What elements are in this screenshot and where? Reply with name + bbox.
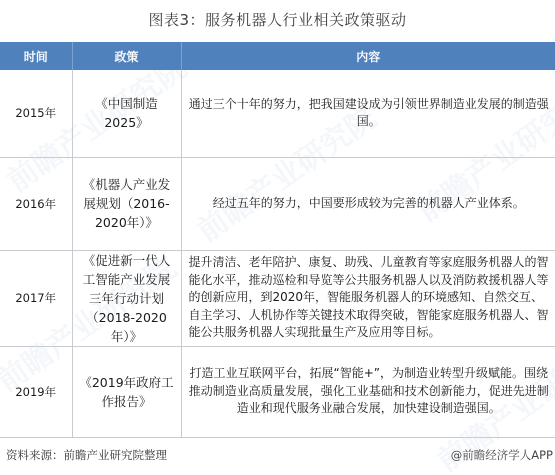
policy-table: 时间 政策 内容 2015年 《中国制造2025》 通过三个十年的努力，把我国建… bbox=[0, 42, 555, 438]
content-cell: 打造工业互联网平台，拓展“智能+”，为制造业转型升级赋能。围绕推动制造业高质量发… bbox=[181, 346, 555, 437]
policy-cell: 《促进新一代人工智能产业发展三年行动计划（2018-2020年）》 bbox=[72, 250, 181, 346]
table-row: 2017年 《促进新一代人工智能产业发展三年行动计划（2018-2020年）》 … bbox=[0, 250, 555, 346]
table-row: 2015年 《中国制造2025》 通过三个十年的努力，把我国建设成为引领世界制造… bbox=[0, 70, 555, 157]
year-cell: 2019年 bbox=[0, 346, 72, 437]
table-row: 2016年 《机器人产业发展规划（2016-2020年）》 经过五年的努力，中国… bbox=[0, 157, 555, 250]
year-cell: 2017年 bbox=[0, 250, 72, 346]
column-header-time: 时间 bbox=[0, 42, 72, 70]
policy-cell: 《机器人产业发展规划（2016-2020年）》 bbox=[72, 157, 181, 250]
policy-cell: 《中国制造2025》 bbox=[72, 70, 181, 157]
content-cell: 通过三个十年的努力，把我国建设成为引领世界制造业发展的制造强国。 bbox=[181, 70, 555, 157]
content-cell: 提升清洁、老年陪护、康复、助残、儿童教育等家庭服务机器人的智能化水平，推动巡检和… bbox=[181, 250, 555, 346]
source-note: 资料来源：前瞻产业研究院整理 bbox=[6, 447, 167, 463]
year-cell: 2015年 bbox=[0, 70, 72, 157]
chart-title: 图表3：服务机器人行业相关政策驱动 bbox=[0, 9, 555, 30]
table-row: 2019年 《2019年政府工作报告》 打造工业互联网平台，拓展“智能+”，为制… bbox=[0, 346, 555, 437]
credit-note: @前瞻经济学人APP bbox=[451, 447, 553, 463]
column-header-content: 内容 bbox=[181, 42, 555, 70]
table-header-row: 时间 政策 内容 bbox=[0, 42, 555, 70]
year-cell: 2016年 bbox=[0, 157, 72, 250]
content-cell: 经过五年的努力，中国要形成较为完善的机器人产业体系。 bbox=[181, 157, 555, 250]
column-header-policy: 政策 bbox=[72, 42, 181, 70]
policy-cell: 《2019年政府工作报告》 bbox=[72, 346, 181, 437]
